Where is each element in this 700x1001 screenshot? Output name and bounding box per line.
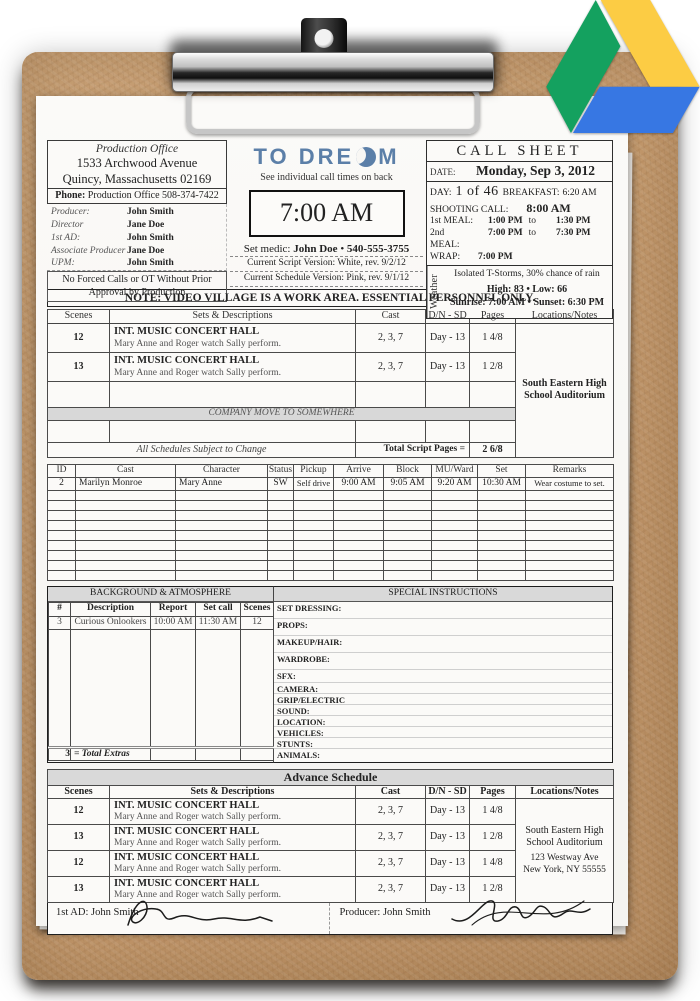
meal2-row: 2nd MEAL: 7:00 PM to 7:30 PM bbox=[430, 228, 609, 252]
bg-set-call: 11:30 AM bbox=[196, 616, 241, 629]
background-atmosphere: BACKGROUND & ATMOSPHERE # Description Re… bbox=[47, 586, 274, 763]
scene-location: South Eastern High School Auditorium bbox=[516, 323, 614, 457]
si-label: CAMERA: bbox=[274, 683, 318, 693]
col-character: Character bbox=[176, 464, 268, 477]
background-header-row: # Description Report Set call Scenes bbox=[49, 602, 274, 616]
col-mu-ward: MU/Ward bbox=[432, 464, 478, 477]
si-label: MAKEUP/HAIR: bbox=[274, 636, 342, 652]
producer-label: Producer: bbox=[340, 907, 381, 918]
set-desc: Mary Anne and Roger watch Sally perform. bbox=[114, 890, 355, 902]
set-description: INT. MUSIC CONCERT HALLMary Anne and Rog… bbox=[110, 323, 356, 352]
role-1st-ad: 1st AD:John Smith bbox=[51, 232, 226, 245]
background-title: BACKGROUND & ATMOSPHERE bbox=[48, 587, 273, 602]
call-sheet-title: CALL SHEET bbox=[427, 141, 612, 161]
date-row: DATE: Monday, Sep 3, 2012 bbox=[427, 161, 612, 182]
col-arrive: Arrive bbox=[334, 464, 384, 477]
meal1-label: 1st MEAL: bbox=[430, 216, 474, 228]
scene-dn: Day - 13 bbox=[426, 851, 470, 877]
si-row: STUNTS: bbox=[274, 738, 612, 749]
set-description: INT. MUSIC CONCERT HALLMary Anne and Rog… bbox=[110, 851, 356, 877]
si-label: SOUND: bbox=[274, 705, 310, 715]
cast-block: 9:05 AM bbox=[384, 477, 432, 490]
set-desc: Mary Anne and Roger watch Sally perform. bbox=[114, 812, 355, 824]
si-label: GRIP/ELECTRIC bbox=[274, 694, 345, 704]
date-label: DATE: bbox=[430, 167, 462, 178]
scene-number: 13 bbox=[48, 352, 110, 381]
total-extras-label: = Total Extras bbox=[71, 747, 151, 761]
col-scenes: Scenes bbox=[48, 310, 110, 324]
address-line-1: 1533 Archwood Avenue bbox=[48, 156, 226, 172]
role-producer: Producer:John Smith bbox=[51, 206, 226, 219]
company-move-banner: COMPANY MOVE TO SOMEWHERE bbox=[48, 407, 516, 420]
set-medic-label: Set medic: bbox=[244, 243, 291, 255]
si-row: SFX: bbox=[274, 670, 612, 683]
scene-cast: 2, 3, 7 bbox=[356, 825, 426, 851]
signature-row: 1st AD: John Smith Producer: John Smith bbox=[47, 903, 613, 935]
advance-schedule-table: Advance Schedule Scenes Sets & Descripti… bbox=[47, 769, 614, 904]
special-instructions-title: SPECIAL INSTRUCTIONS bbox=[274, 587, 612, 602]
scene-cast: 2, 3, 7 bbox=[356, 851, 426, 877]
production-office-column: Production Office 1533 Archwood Avenue Q… bbox=[47, 140, 227, 286]
general-call-time: 7:00 AM bbox=[249, 190, 405, 237]
meal1-row: 1st MEAL: 1:00 PM to 1:30 PM bbox=[430, 216, 609, 228]
meal1-to-word: to bbox=[529, 216, 536, 228]
shooting-call-value: 8:00 AM bbox=[526, 201, 570, 216]
role-upm: UPM:John Smith bbox=[51, 257, 226, 270]
center-column: TO DREM See individual call times on bac… bbox=[227, 140, 426, 286]
scene-pages: 1 2/8 bbox=[470, 825, 516, 851]
si-label: PROPS: bbox=[274, 619, 308, 635]
col-set: Set bbox=[478, 464, 526, 477]
advance-location-line: School Auditorium bbox=[516, 837, 613, 850]
col-hash: # bbox=[49, 602, 71, 616]
si-label: VEHICLES: bbox=[274, 727, 324, 737]
scene-cast: 2, 3, 7 bbox=[356, 352, 426, 381]
cast-character: Mary Anne bbox=[176, 477, 268, 490]
si-row: GRIP/ELECTRIC bbox=[274, 694, 612, 705]
si-label: LOCATION: bbox=[274, 716, 326, 726]
empty-cast-row bbox=[48, 490, 614, 500]
role-value: John Smith bbox=[127, 206, 174, 219]
breakfast-label: BREAKFAST: bbox=[503, 188, 560, 200]
role-director: DirectorJane Doe bbox=[51, 219, 226, 232]
logo-text-pre: TO DRE bbox=[253, 143, 354, 171]
call-sheet-column: CALL SHEET DATE: Monday, Sep 3, 2012 DAY… bbox=[426, 140, 613, 286]
scene-cast: 2, 3, 7 bbox=[356, 323, 426, 352]
bg-scenes: 12 bbox=[241, 616, 274, 629]
producer-signature-block: Producer: John Smith bbox=[329, 903, 613, 934]
day-breakfast-row: DAY: 1 of 46 BREAKFAST: 6:20 AM bbox=[430, 183, 609, 201]
logo-subtitle: See individual call times on back bbox=[230, 172, 423, 185]
set-name: INT. MUSIC CONCERT HALL bbox=[114, 825, 355, 838]
set-name: INT. MUSIC CONCERT HALL bbox=[114, 325, 355, 338]
set-desc: Mary Anne and Roger watch Sally perform. bbox=[114, 838, 355, 850]
role-associate-producer: Associate ProducerJane Doe bbox=[51, 245, 226, 258]
set-description: INT. MUSIC CONCERT HALLMary Anne and Rog… bbox=[110, 799, 356, 825]
col-set-call: Set call bbox=[196, 602, 241, 616]
si-row: ANIMALS: bbox=[274, 749, 612, 762]
set-medic-phone: 540-555-3755 bbox=[347, 243, 409, 255]
empty-cast-row bbox=[48, 540, 614, 550]
cast-pickup: Self drive bbox=[294, 477, 334, 490]
bullet-separator: • bbox=[340, 243, 344, 255]
schedule-info: DAY: 1 of 46 BREAKFAST: 6:20 AM SHOOTING… bbox=[427, 182, 612, 265]
date-value: Monday, Sep 3, 2012 bbox=[462, 163, 609, 180]
role-label: Director bbox=[51, 219, 127, 232]
scene-cast: 2, 3, 7 bbox=[356, 877, 426, 903]
crescent-moon-icon bbox=[356, 147, 376, 167]
empty-cast-row bbox=[48, 510, 614, 520]
advance-header-row: Scenes Sets & Descriptions Cast D/N - SD… bbox=[48, 785, 614, 799]
wrap-label: WRAP: bbox=[430, 252, 474, 264]
cast-mu-ward: 9:20 AM bbox=[432, 477, 478, 490]
set-description: INT. MUSIC CONCERT HALLMary Anne and Rog… bbox=[110, 352, 356, 381]
set-name: INT. MUSIC CONCERT HALL bbox=[114, 354, 355, 367]
bg-report: 10:00 AM bbox=[151, 616, 196, 629]
bg-description: Curious Onlookers bbox=[71, 616, 151, 629]
role-label: Producer: bbox=[51, 206, 127, 219]
scene-pages: 1 4/8 bbox=[470, 851, 516, 877]
si-row: CAMERA: bbox=[274, 683, 612, 694]
special-instructions: SPECIAL INSTRUCTIONS SET DRESSING: PROPS… bbox=[274, 586, 613, 763]
shooting-call-row: SHOOTING CALL: 8:00 AM bbox=[430, 201, 609, 217]
scene-number: 12 bbox=[48, 799, 110, 825]
hanger-hole bbox=[315, 29, 334, 48]
col-cast-name: Cast bbox=[76, 464, 176, 477]
meal1-to: 1:30 PM bbox=[556, 216, 591, 228]
col-id: ID bbox=[48, 464, 76, 477]
schedule-version: Current Schedule Version: Pink, rev. 9/1… bbox=[230, 272, 423, 287]
phone-value: Production Office 508-374-7422 bbox=[88, 190, 219, 201]
cast-row: 2 Marilyn Monroe Mary Anne SW Self drive… bbox=[48, 477, 614, 490]
advance-row: 12 INT. MUSIC CONCERT HALLMary Anne and … bbox=[48, 799, 614, 825]
empty-cast-row bbox=[48, 530, 614, 540]
scene-number: 12 bbox=[48, 851, 110, 877]
empty-cast-row bbox=[48, 520, 614, 530]
scene-dn: Day - 13 bbox=[426, 825, 470, 851]
si-row: PROPS: bbox=[274, 619, 612, 636]
advance-location: South Eastern High School Auditorium 123… bbox=[516, 799, 614, 903]
shooting-call-label: SHOOTING CALL: bbox=[430, 205, 508, 217]
scene-pages: 1 4/8 bbox=[470, 799, 516, 825]
cast-table: ID Cast Character Status Pickup Arrive B… bbox=[47, 464, 614, 581]
si-label: WARDROBE: bbox=[274, 653, 330, 669]
set-name: INT. MUSIC CONCERT HALL bbox=[114, 877, 355, 890]
col-pages: Pages bbox=[470, 785, 516, 799]
day-label: DAY: bbox=[430, 188, 451, 200]
cast-set: 10:30 AM bbox=[478, 477, 526, 490]
si-label: STUNTS: bbox=[274, 738, 313, 748]
weather-vertical-label: Weather bbox=[427, 266, 442, 318]
total-pages-value: 2 6/8 bbox=[470, 442, 516, 457]
scene-pages: 1 4/8 bbox=[470, 323, 516, 352]
col-locations: Locations/Notes bbox=[516, 785, 614, 799]
col-status: Status bbox=[268, 464, 294, 477]
ad-name: John Smith bbox=[91, 907, 139, 918]
total-extras-num: 3 bbox=[49, 747, 71, 761]
script-version: Current Script Version: White, rev. 9/2/… bbox=[230, 257, 423, 272]
production-logo: TO DREM bbox=[230, 143, 423, 171]
call-sheet-page: Production Office 1533 Archwood Avenue Q… bbox=[36, 96, 628, 926]
scene-cast: 2, 3, 7 bbox=[356, 799, 426, 825]
cast-remarks: Wear costume to set. bbox=[526, 477, 614, 490]
ad-signature-block: 1st AD: John Smith bbox=[48, 903, 329, 934]
empty-cast-row bbox=[48, 500, 614, 510]
wrap-row: WRAP: 7:00 PM bbox=[430, 252, 609, 264]
set-desc: Mary Anne and Roger watch Sally perform. bbox=[114, 864, 355, 876]
call-sheet-form: Production Office 1533 Archwood Avenue Q… bbox=[47, 140, 613, 935]
scene-dn: Day - 13 bbox=[426, 877, 470, 903]
si-row: LOCATION: bbox=[274, 716, 612, 727]
bg-num: 3 bbox=[49, 616, 71, 629]
scene-number: 13 bbox=[48, 877, 110, 903]
crew-roles-list: Producer:John Smith DirectorJane Doe 1st… bbox=[47, 204, 227, 271]
empty-cast-row bbox=[48, 570, 614, 580]
notice-line-1: No Forced Calls or OT Without Prior bbox=[48, 274, 226, 287]
cast-header-row: ID Cast Character Status Pickup Arrive B… bbox=[48, 464, 614, 477]
si-row: SET DRESSING: bbox=[274, 602, 612, 619]
background-special-section: BACKGROUND & ATMOSPHERE # Description Re… bbox=[47, 586, 613, 763]
production-office-box: Production Office 1533 Archwood Avenue Q… bbox=[47, 140, 227, 204]
si-label: SET DRESSING: bbox=[274, 602, 341, 618]
empty-cast-row bbox=[48, 550, 614, 560]
background-table: # Description Report Set call Scenes 3 C… bbox=[48, 602, 274, 762]
cast-actor: Marilyn Monroe bbox=[76, 477, 176, 490]
role-label: 1st AD: bbox=[51, 232, 127, 245]
video-village-note: NOTE: VIDEO VILLAGE IS A WORK AREA. ESSE… bbox=[47, 289, 613, 307]
scene-dn: Day - 13 bbox=[426, 799, 470, 825]
address-line-2: Quincy, Massachusetts 02169 bbox=[48, 172, 226, 188]
breakfast-value: 6:20 AM bbox=[563, 188, 597, 200]
ad-label: 1st AD: bbox=[56, 907, 88, 918]
cast-arrive: 9:00 AM bbox=[334, 477, 384, 490]
scenes-table: Scenes Sets & Descriptions Cast D/N - SD… bbox=[47, 309, 614, 457]
production-office-title: Production Office bbox=[48, 141, 226, 156]
set-medic-name: John Doe bbox=[293, 243, 337, 255]
col-cast: Cast bbox=[356, 310, 426, 324]
set-description: INT. MUSIC CONCERT HALLMary Anne and Rog… bbox=[110, 877, 356, 903]
phone-label: Phone: bbox=[55, 190, 85, 201]
advance-location-line: South Eastern High bbox=[516, 825, 613, 838]
role-value: John Smith bbox=[127, 232, 174, 245]
si-label: SFX: bbox=[274, 670, 296, 682]
col-bg-scenes: Scenes bbox=[241, 602, 274, 616]
col-pickup: Pickup bbox=[294, 464, 334, 477]
wrap-value: 7:00 PM bbox=[478, 252, 513, 264]
meal2-to-word: to bbox=[529, 228, 536, 240]
scene-number: 12 bbox=[48, 323, 110, 352]
advance-title-row: Advance Schedule bbox=[48, 769, 614, 785]
cast-id: 2 bbox=[48, 477, 76, 490]
col-dn: D/N - SD bbox=[426, 785, 470, 799]
set-medic-line: Set medic: John Doe • 540-555-3755 bbox=[230, 243, 423, 257]
set-name: INT. MUSIC CONCERT HALL bbox=[114, 799, 355, 812]
scene-row: 12 INT. MUSIC CONCERT HALLMary Anne and … bbox=[48, 323, 614, 352]
total-pages-label: Total Script Pages = bbox=[356, 442, 470, 457]
col-sets: Sets & Descriptions bbox=[110, 310, 356, 324]
set-desc: Mary Anne and Roger watch Sally perform. bbox=[114, 368, 355, 380]
advance-location-line: New York, NY 55555 bbox=[516, 865, 613, 877]
set-description: INT. MUSIC CONCERT HALLMary Anne and Rog… bbox=[110, 825, 356, 851]
day-value: 1 of 46 bbox=[455, 183, 498, 201]
col-remarks: Remarks bbox=[526, 464, 614, 477]
scene-dn: Day - 13 bbox=[426, 352, 470, 381]
scene-pages: 1 2/8 bbox=[470, 352, 516, 381]
scene-pages: 1 2/8 bbox=[470, 877, 516, 903]
col-cast: Cast bbox=[356, 785, 426, 799]
form-header: Production Office 1533 Archwood Avenue Q… bbox=[47, 140, 613, 286]
col-report: Report bbox=[151, 602, 196, 616]
meal2-label: 2nd MEAL: bbox=[430, 228, 474, 252]
set-desc: Mary Anne and Roger watch Sally perform. bbox=[114, 339, 355, 351]
role-value: Jane Doe bbox=[127, 245, 164, 258]
meal2-to: 7:30 PM bbox=[556, 228, 591, 240]
background-empty-area bbox=[49, 629, 274, 747]
weather-conditions: Isolated T-Storms, 30% chance of rain bbox=[442, 269, 612, 281]
cast-status: SW bbox=[268, 477, 294, 490]
col-description: Description bbox=[71, 602, 151, 616]
google-drive-icon bbox=[546, 0, 700, 133]
role-value: Jane Doe bbox=[127, 219, 164, 232]
logo-text-post: M bbox=[378, 143, 399, 171]
version-rows: Current Script Version: White, rev. 9/2/… bbox=[230, 256, 423, 287]
role-label: Associate Producer bbox=[51, 245, 127, 258]
si-row: MAKEUP/HAIR: bbox=[274, 636, 612, 653]
empty-cast-row bbox=[48, 560, 614, 570]
advance-title: Advance Schedule bbox=[48, 769, 614, 785]
scene-dn: Day - 13 bbox=[426, 323, 470, 352]
si-row: SOUND: bbox=[274, 705, 612, 716]
phone-line: Phone: Production Office 508-374-7422 bbox=[48, 188, 226, 204]
role-label: UPM: bbox=[51, 257, 127, 270]
role-value: John Smith bbox=[127, 257, 174, 270]
col-sets: Sets & Descriptions bbox=[110, 785, 356, 799]
schedules-subject-note: All Schedules Subject to Change bbox=[48, 442, 356, 457]
producer-name: John Smith bbox=[383, 907, 431, 918]
col-scenes: Scenes bbox=[48, 785, 110, 799]
set-name: INT. MUSIC CONCERT HALL bbox=[114, 851, 355, 864]
col-block: Block bbox=[384, 464, 432, 477]
background-total-row: 3 = Total Extras bbox=[49, 747, 274, 761]
advance-location-line: 123 Westway Ave bbox=[516, 853, 613, 865]
meal2-from: 7:00 PM bbox=[488, 228, 523, 240]
meal1-from: 1:00 PM bbox=[488, 216, 523, 228]
background-row: 3 Curious Onlookers 10:00 AM 11:30 AM 12 bbox=[49, 616, 274, 629]
clipboard-clip-wire bbox=[186, 86, 480, 134]
si-label: ANIMALS: bbox=[274, 749, 320, 762]
clipboard-clip-bar bbox=[172, 52, 494, 92]
si-row: WARDROBE: bbox=[274, 653, 612, 670]
si-row: VEHICLES: bbox=[274, 727, 612, 738]
scene-number: 13 bbox=[48, 825, 110, 851]
